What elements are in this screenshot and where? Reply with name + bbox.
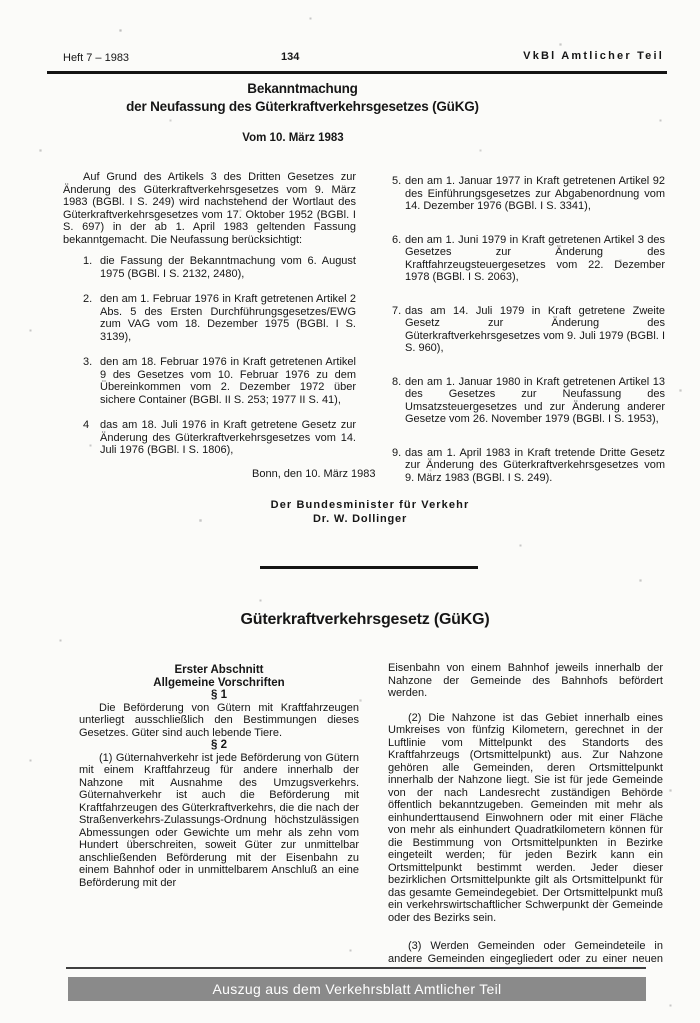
running-head: Heft 7 – 1983 134 VkBl Amtlicher Teil xyxy=(47,44,667,74)
list-item: 4 das am 18. Juli 1976 in Kraft getreten… xyxy=(63,419,356,457)
announcement-title: Bekanntmachung der Neufassung des Güterk… xyxy=(20,80,585,116)
list-item-number: 9. xyxy=(392,447,405,485)
paragraph-1-text: Die Beförderung von Gütern mit Kraftfahr… xyxy=(79,702,359,740)
section-title: Erster Abschnitt xyxy=(79,664,359,677)
list-item-number: 7. xyxy=(392,305,405,355)
list-item: 9. das am 1. April 1983 in Kraft tretend… xyxy=(392,447,665,485)
column-left-top: Auf Grund des Artikels 3 des Dritten Ges… xyxy=(63,171,356,470)
list-item-text: das am 18. Juli 1976 in Kraft getretene … xyxy=(100,419,356,457)
footer-banner: Auszug aus dem Verkehrsblatt Amtlicher T… xyxy=(68,977,646,1001)
list-item-text: das am 1. April 1983 in Kraft tretende D… xyxy=(405,447,665,485)
intro-paragraph: Auf Grund des Artikels 3 des Dritten Ges… xyxy=(63,171,356,246)
section-subtitle: Allgemeine Vorschriften xyxy=(79,677,359,690)
paragraph-2-abs1-continuation: Eisenbahn von einem Bahnhof jeweils inne… xyxy=(388,662,663,700)
list-item-number: 1. xyxy=(83,255,100,280)
list-item-text: den am 1. Januar 1980 in Kraft getretene… xyxy=(405,376,665,426)
law-heading: Güterkraftverkehrsgesetz (GüKG) xyxy=(65,611,665,629)
scan-noise xyxy=(0,0,1,1)
announcement-title-line2: der Neufassung des Güterkraftverkehrsges… xyxy=(20,98,585,116)
amendment-list-left: 1. die Fassung der Bekanntmachung vom 6.… xyxy=(63,255,356,457)
list-item: 8. den am 1. Januar 1980 in Kraft getret… xyxy=(392,376,665,426)
footer-rule xyxy=(66,967,646,969)
column-right-top: 5. den am 1. Januar 1977 in Kraft getret… xyxy=(392,175,665,505)
announcement-title-line1: Bekanntmachung xyxy=(20,80,585,98)
signature-office: Der Bundesminister für Verkehr xyxy=(130,499,610,511)
list-item-number: 8. xyxy=(392,376,405,426)
paragraph-2-abs2: (2) Die Nahzone ist das Gebiet innerhalb… xyxy=(388,712,663,925)
announcement-date: Vom 10. März 1983 xyxy=(20,132,566,144)
list-item: 7. das am 14. Juli 1979 in Kraft getrete… xyxy=(392,305,665,355)
section-divider-rule xyxy=(260,566,478,569)
paragraph-2-abs1: (1) Güternahverkehr ist jede Beförderung… xyxy=(79,752,359,890)
paragraph-label-2: § 2 xyxy=(79,739,359,752)
list-item: 1. die Fassung der Bekanntmachung vom 6.… xyxy=(63,255,356,280)
list-item: 3. den am 18. Februar 1976 in Kraft getr… xyxy=(63,356,356,406)
signature-place-date: Bonn, den 10. März 1983 xyxy=(252,468,376,480)
masthead-label: VkBl Amtlicher Teil xyxy=(523,50,664,62)
list-item-number: 3. xyxy=(83,356,100,406)
page-number: 134 xyxy=(281,51,299,63)
signature-name: Dr. W. Dollinger xyxy=(130,513,590,525)
paragraph-label-1: § 1 xyxy=(79,689,359,702)
list-item-text: den am 1. Januar 1977 in Kraft getretene… xyxy=(405,175,665,213)
list-item-text: die Fassung der Bekanntmachung vom 6. Au… xyxy=(100,255,356,280)
document-page: Heft 7 – 1983 134 VkBl Amtlicher Teil Be… xyxy=(0,0,700,1023)
column-right-bottom: Eisenbahn von einem Bahnhof jeweils inne… xyxy=(388,662,663,965)
list-item: 2. den am 1. Februar 1976 in Kraft getre… xyxy=(63,293,356,343)
list-item-text: den am 18. Februar 1976 in Kraft getrete… xyxy=(100,356,356,406)
list-item-number: 2. xyxy=(83,293,100,343)
list-item-number: 4 xyxy=(83,419,100,457)
list-item-number: 5. xyxy=(392,175,405,213)
list-item: 5. den am 1. Januar 1977 in Kraft getret… xyxy=(392,175,665,213)
list-item-number: 6. xyxy=(392,234,405,284)
list-item: 6. den am 1. Juni 1979 in Kraft getreten… xyxy=(392,234,665,284)
list-item-text: den am 1. Juni 1979 in Kraft getretenen … xyxy=(405,234,665,284)
column-left-bottom: Erster Abschnitt Allgemeine Vorschriften… xyxy=(79,664,359,889)
list-item-text: das am 14. Juli 1979 in Kraft getretene … xyxy=(405,305,665,355)
paragraph-2-abs3: (3) Werden Gemeinden oder Gemeindeteile … xyxy=(388,940,663,965)
issue-label: Heft 7 – 1983 xyxy=(63,52,129,64)
list-item-text: den am 1. Februar 1976 in Kraft getreten… xyxy=(100,293,356,343)
